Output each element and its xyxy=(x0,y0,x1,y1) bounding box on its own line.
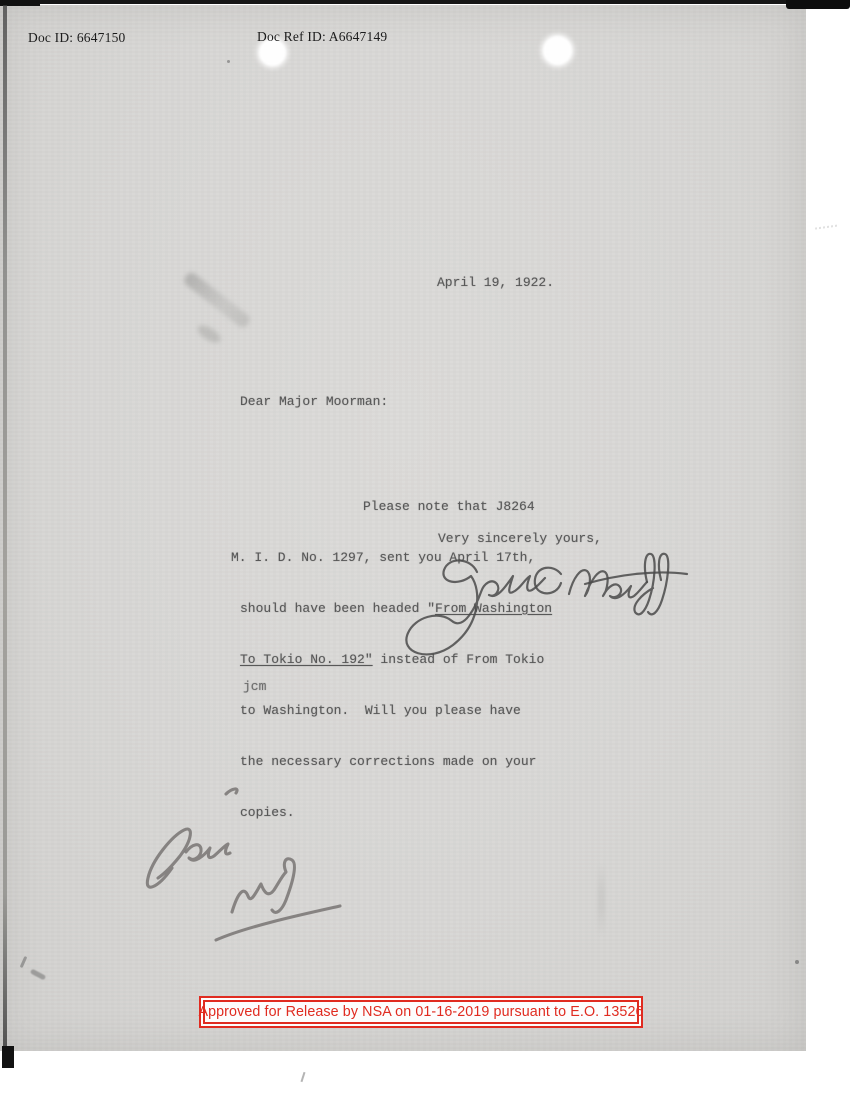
release-stamp-text: Approved for Release by NSA on 01-16-201… xyxy=(198,1004,643,1020)
letter-body-line: the necessary corrections made on your xyxy=(240,753,552,770)
stray-dot xyxy=(795,960,799,964)
letter-body-line: Please note that J8264 xyxy=(240,498,552,515)
scan-edge-top-right xyxy=(786,0,850,9)
release-stamp-inner-border: Approved for Release by NSA on 01-16-201… xyxy=(203,1000,639,1024)
scan-edge-bottom-left xyxy=(2,1046,14,1068)
doc-id-label: Doc ID: 6647150 xyxy=(28,30,126,46)
handwritten-note-done-weh xyxy=(128,772,358,952)
letter-date: April 19, 1922. xyxy=(437,274,554,291)
stray-slash xyxy=(301,1072,306,1082)
hole-punch-right xyxy=(543,36,572,65)
margin-faint-mark xyxy=(815,224,839,229)
letter-body-line: to Washington. Will you please have xyxy=(240,702,552,719)
doc-ref-id-label: Doc Ref ID: A6647149 xyxy=(257,29,387,45)
scanned-document-page: Doc ID: 6647150 Doc Ref ID: A6647149 Apr… xyxy=(0,0,850,1100)
underlined-text: To Tokio No. 192" xyxy=(240,652,373,667)
release-stamp-box: Approved for Release by NSA on 01-16-201… xyxy=(199,996,643,1028)
scan-edge-left xyxy=(3,5,7,1051)
typist-initials: jcm xyxy=(243,678,266,695)
scan-edge-top xyxy=(0,0,850,4)
letter-salutation: Dear Major Moorman: xyxy=(240,393,552,410)
scan-streak xyxy=(598,862,605,938)
signature-john-c-meeth xyxy=(385,542,695,667)
stray-dot xyxy=(227,60,230,63)
